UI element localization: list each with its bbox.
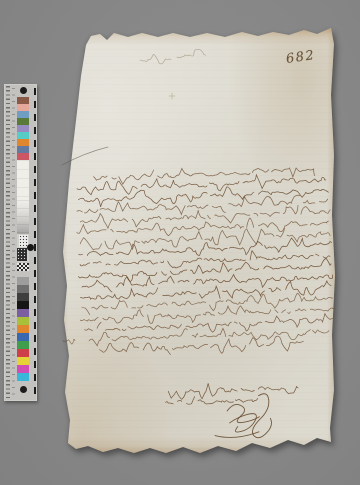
calibration-swatch [17, 357, 29, 365]
calibration-swatch [17, 118, 29, 125]
color-calibration-strip [4, 84, 37, 401]
checker-patch [17, 263, 29, 271]
registration-dot-middle [27, 244, 34, 251]
calibration-swatch [17, 325, 29, 333]
calibration-swatch [17, 97, 29, 104]
calibration-swatch [17, 139, 29, 146]
strip-tick-marks [6, 86, 16, 399]
registration-dot-bottom [20, 386, 27, 393]
calibration-swatch [17, 153, 29, 160]
calibration-swatch [17, 365, 29, 373]
photo-stage: 682 [0, 0, 360, 485]
gray-step [17, 293, 29, 301]
gray-ramp [17, 200, 29, 234]
gray-step [17, 277, 29, 285]
calibration-swatch [17, 125, 29, 132]
gray-step-group [17, 277, 29, 309]
white-patch [17, 160, 29, 200]
registration-dot-top [20, 87, 27, 94]
calibration-swatch [17, 317, 29, 325]
gray-step [17, 285, 29, 293]
calibration-swatch [17, 373, 29, 381]
strip-dash-line [34, 88, 36, 397]
calibration-swatch [17, 309, 29, 317]
calibration-swatch [17, 132, 29, 139]
calibration-swatch [17, 341, 29, 349]
target-light-dots [17, 248, 27, 261]
calibration-swatch [17, 104, 29, 111]
paper-stains [60, 28, 336, 455]
swatch-group-top [17, 97, 29, 160]
gray-step [17, 301, 29, 309]
calibration-swatch [17, 333, 29, 341]
document-paper [0, 0, 360, 485]
calibration-swatch [17, 349, 29, 357]
strip-swatch-column [17, 84, 29, 396]
calibration-swatch [17, 146, 29, 153]
paper-shadow-wrap [0, 0, 360, 485]
swatch-group-bottom [17, 309, 29, 381]
calibration-swatch [17, 111, 29, 118]
